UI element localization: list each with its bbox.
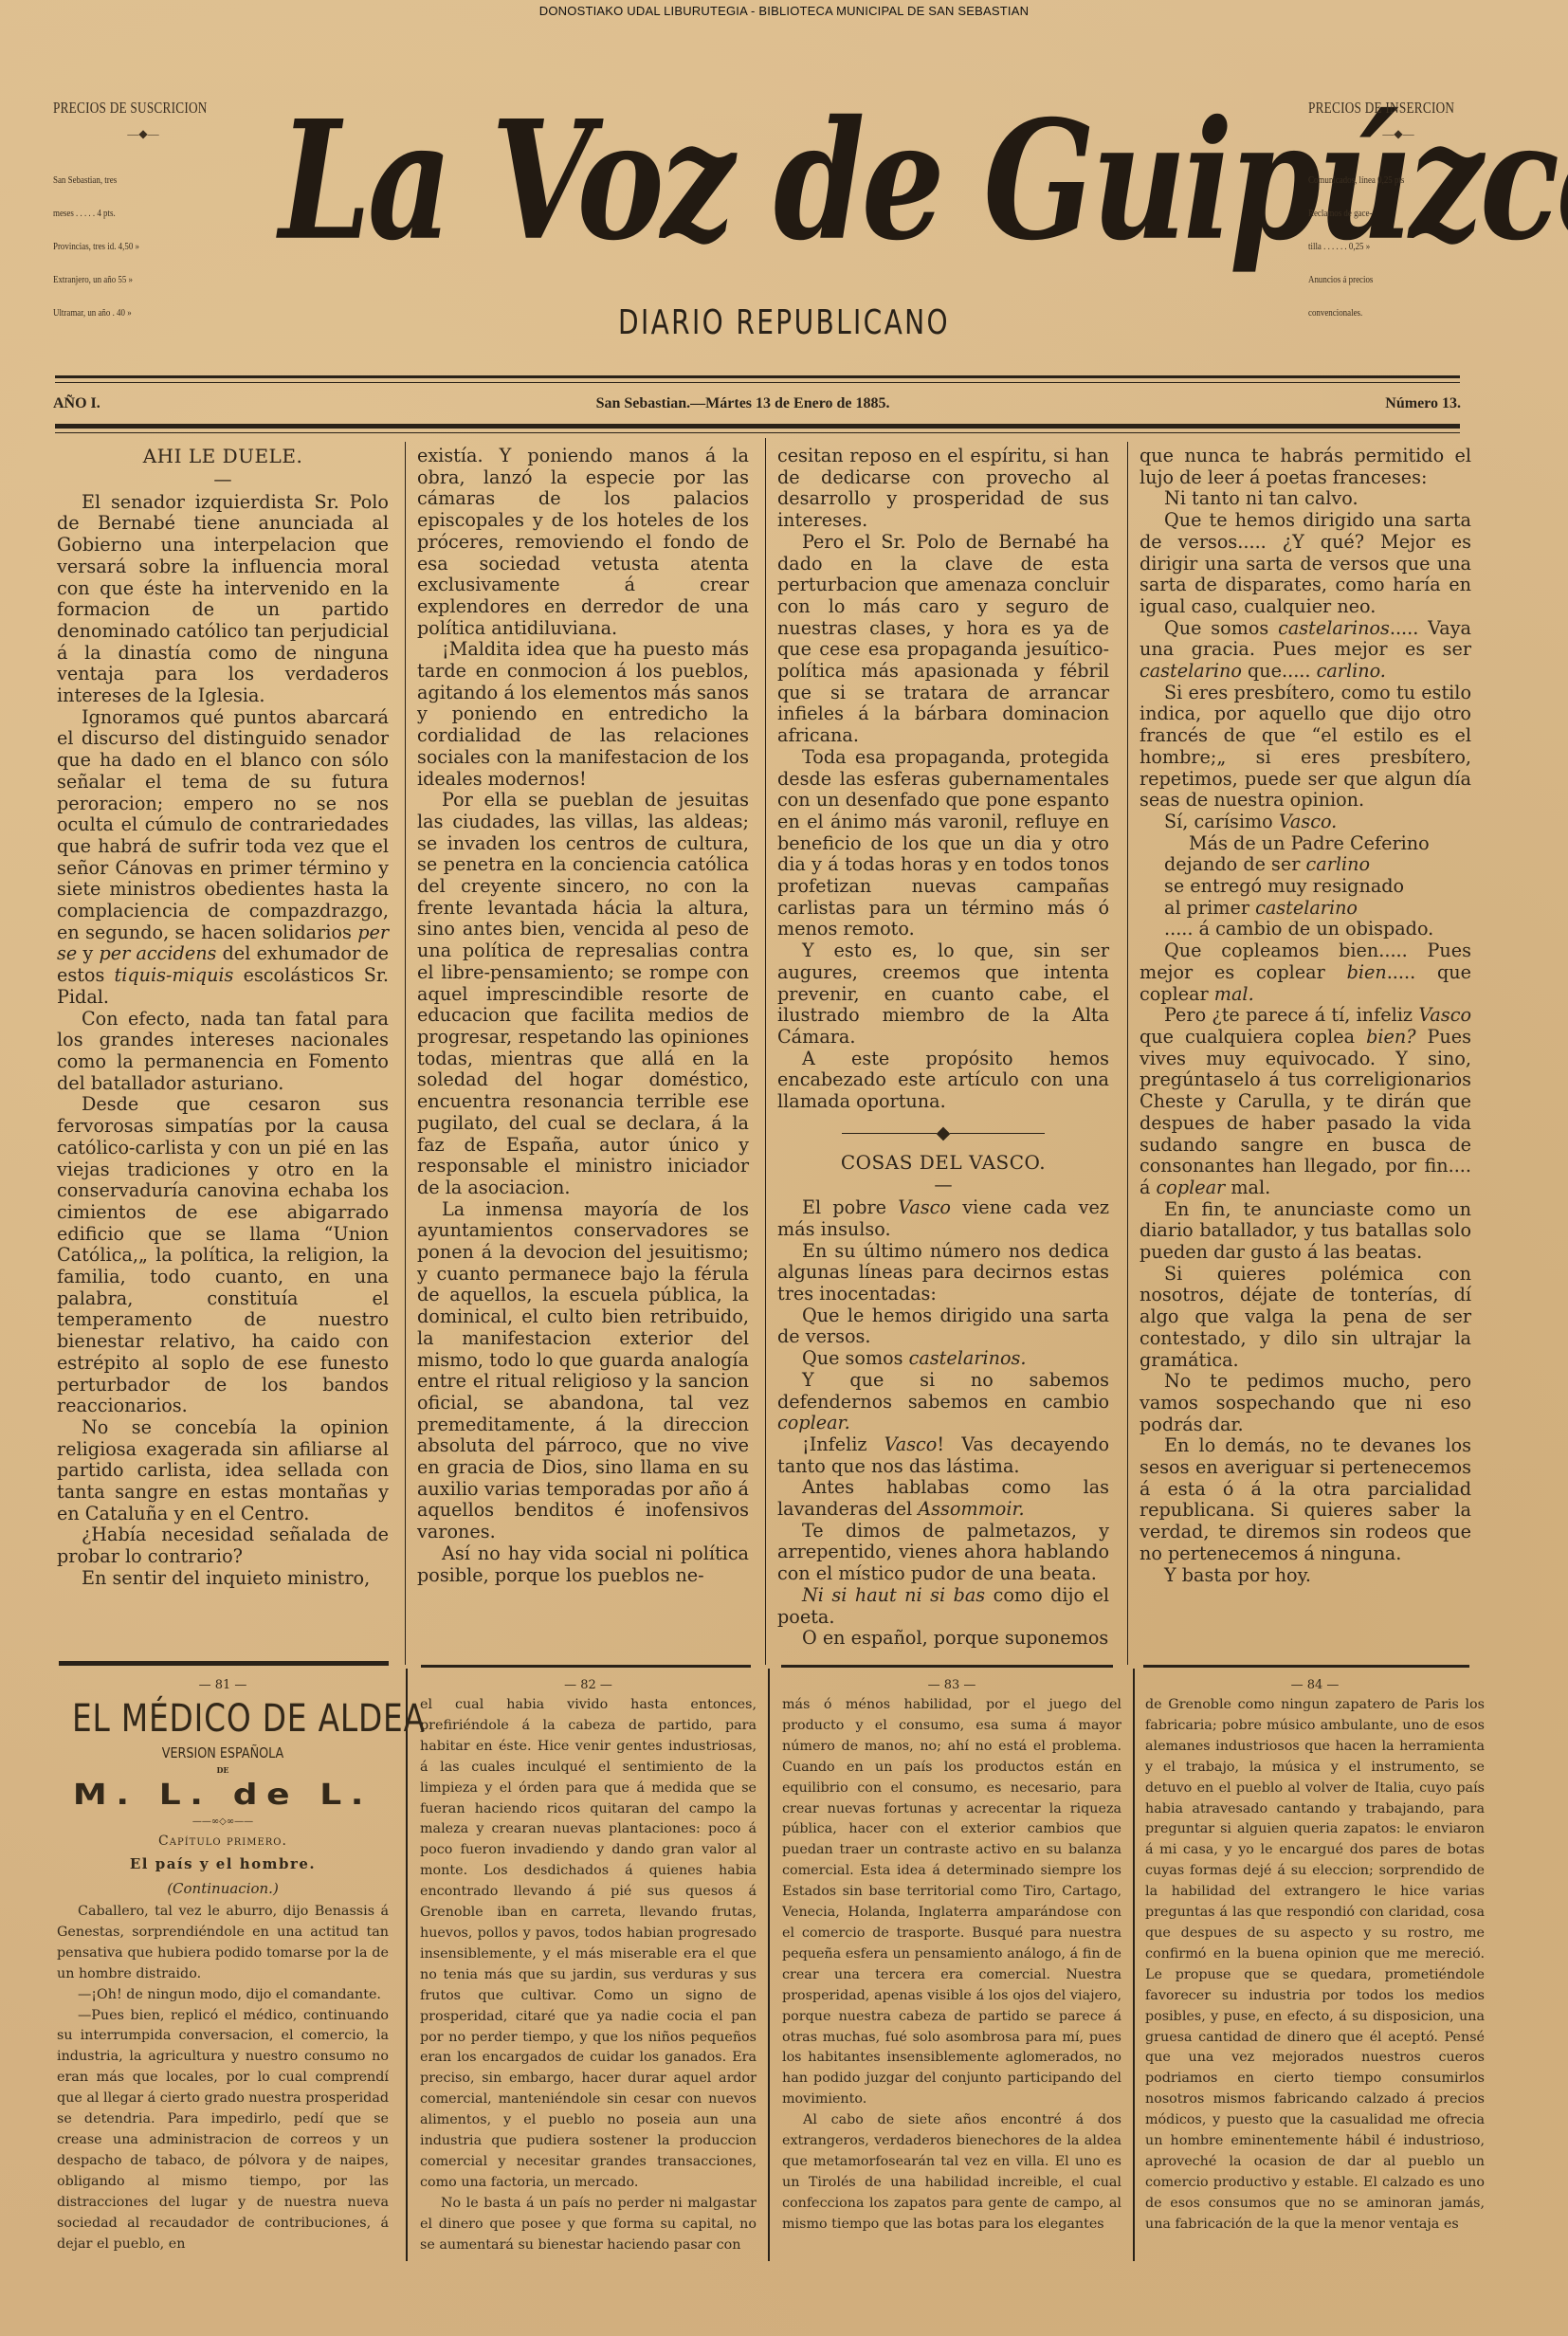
feuilleton-version: VERSION ESPAÑOLA bbox=[82, 1743, 364, 1763]
price-row: tilla . . . . . . 0,25 » bbox=[1308, 230, 1462, 264]
poem-line: dejando de ser carlino bbox=[1140, 854, 1471, 876]
paragraph: O en español, porque suponemos bbox=[777, 1628, 1109, 1650]
masthead-rule bbox=[55, 375, 1460, 378]
paragraph: ¡Infeliz Vasco! Vas decayendo tanto que … bbox=[777, 1434, 1109, 1477]
paragraph: más ó ménos habilidad, por el juego del … bbox=[782, 1695, 1121, 2110]
paragraph: Así no hay vida social ni política posib… bbox=[417, 1543, 749, 1586]
paragraph: Que te hemos dirigido una sarta de verso… bbox=[1140, 510, 1471, 618]
page-number: — 82 — bbox=[420, 1678, 757, 1693]
subscription-prices: PRECIOS DE SUSCRICION —◆— San Sebastian,… bbox=[53, 99, 233, 330]
article-column-2: existía. Y poniendo manos á la obra, lan… bbox=[417, 446, 749, 1586]
dateline: AÑO I. San Sebastian.—Mártes 13 de Enero… bbox=[53, 392, 1461, 415]
masthead-rule bbox=[55, 382, 1460, 383]
section-title: El país y el hombre. bbox=[57, 1852, 389, 1875]
column-divider bbox=[768, 1669, 770, 2261]
newspaper-subtitle: DIARIO REPUBLICANO bbox=[173, 303, 1395, 342]
article-column-3: cesitan reposo en el espíritu, si han de… bbox=[777, 446, 1109, 1650]
paragraph: Ni tanto ni tan calvo. bbox=[1140, 488, 1471, 510]
paragraph: Que somos castelarinos. bbox=[777, 1348, 1109, 1370]
feuilleton-author: M. L. de L. bbox=[24, 1777, 422, 1815]
paragraph: En fin, te anunciaste como un diario bat… bbox=[1140, 1199, 1471, 1264]
dateline-rule bbox=[55, 432, 1460, 433]
diamond-icon: ◆ bbox=[937, 1122, 951, 1143]
price-row: Extranjero, un año 55 » bbox=[53, 264, 207, 297]
paragraph: —¡Oh! de ningun modo, dijo el comandante… bbox=[57, 1985, 389, 2006]
paragraph: No se concebía la opinion religiosa exag… bbox=[57, 1417, 389, 1525]
paragraph: Al cabo de siete años encontré á dos ext… bbox=[782, 2110, 1121, 2235]
subscription-prices-title: PRECIOS DE SUSCRICION bbox=[53, 99, 193, 118]
column-divider bbox=[405, 442, 406, 1665]
column-divider bbox=[765, 438, 766, 1665]
page-number: — 83 — bbox=[782, 1678, 1121, 1693]
insertion-prices: PRECIOS DE INSERCION —◆— Comunicados, lí… bbox=[1308, 99, 1488, 330]
price-row: Provincias, tres id. 4,50 » bbox=[53, 230, 207, 264]
price-row: San Sebastian, tres bbox=[53, 164, 207, 197]
paragraph: En sentir del inquieto ministro, bbox=[57, 1568, 389, 1590]
library-banner: DONOSTIAKO UDAL LIBURUTEGIA - BIBLIOTECA… bbox=[0, 4, 1568, 18]
article-title: AHI LE DUELE. bbox=[57, 446, 389, 467]
paragraph: —Pues bien, replicó el médico, continuan… bbox=[57, 2006, 389, 2255]
ornament-icon: —◆— bbox=[53, 127, 233, 141]
paragraph: Y basta por hoy. bbox=[1140, 1565, 1471, 1587]
paragraph: Sí, carísimo Vasco. bbox=[1140, 812, 1471, 833]
feuilleton-de: DE bbox=[57, 1763, 389, 1777]
paragraph: Con efecto, nada tan fatal para los gran… bbox=[57, 1009, 389, 1095]
paragraph: Y esto es, lo que, sin ser augures, cree… bbox=[777, 940, 1109, 1049]
paragraph: El pobre Vasco viene cada vez más insuls… bbox=[777, 1197, 1109, 1240]
paragraph: El senador izquierdista Sr. Polo de Bern… bbox=[57, 492, 389, 707]
paragraph: existía. Y poniendo manos á la obra, lan… bbox=[417, 446, 749, 639]
page-number: — 81 — bbox=[57, 1678, 389, 1693]
feuilleton-rule bbox=[59, 1661, 389, 1666]
paragraph: que nunca te habrás permitido el lujo de… bbox=[1140, 446, 1471, 488]
page-number: — 84 — bbox=[1145, 1678, 1485, 1693]
feuilleton-column-3: — 83 — más ó ménos habilidad, por el jue… bbox=[782, 1678, 1121, 2236]
paragraph: Si quieres polémica con nosotros, déjate… bbox=[1140, 1264, 1471, 1372]
article-column-1: AHI LE DUELE. — El senador izquierdista … bbox=[57, 446, 389, 1590]
price-row: meses . . . . . 4 pts. bbox=[53, 197, 207, 230]
chapter-title: Capítulo primero. bbox=[57, 1830, 389, 1852]
article-separator: ◆ bbox=[777, 1122, 1109, 1144]
paragraph: La inmensa mayoría de los ayuntamientos … bbox=[417, 1199, 749, 1543]
price-row: Reclamos de gace- bbox=[1308, 197, 1462, 230]
price-row: Anuncios á precios bbox=[1308, 264, 1462, 297]
paragraph: No le basta á un país no perder ni malga… bbox=[420, 2194, 757, 2256]
dateline-rule bbox=[55, 424, 1460, 429]
newspaper-title: La Voz de Guipúzcoa bbox=[279, 45, 1247, 318]
paragraph: cesitan reposo en el espíritu, si han de… bbox=[777, 446, 1109, 532]
paragraph: Si eres presbítero, como tu estilo indic… bbox=[1140, 683, 1471, 812]
paragraph: Que copleamos bien..... Pues mejor es co… bbox=[1140, 940, 1471, 1005]
paragraph: No te pedimos mucho, pero vamos sospecha… bbox=[1140, 1371, 1471, 1435]
feuilleton-title: EL MÉDICO DE ALDEA bbox=[72, 1695, 383, 1743]
paragraph: ¿Había necesidad señalada de probar lo c… bbox=[57, 1524, 389, 1567]
paragraph: Que somos castelarinos..... Vaya una gra… bbox=[1140, 618, 1471, 683]
paragraph: Toda esa propaganda, protegida desde las… bbox=[777, 747, 1109, 940]
paragraph: Te dimos de palmetazos, y arrepentido, v… bbox=[777, 1521, 1109, 1585]
year-label: AÑO I. bbox=[53, 395, 100, 412]
poem-line: Más de un Padre Ceferino bbox=[1140, 833, 1471, 855]
issue-number: Número 13. bbox=[1385, 395, 1461, 412]
paragraph: Ignoramos qué puntos abarcará el discurs… bbox=[57, 707, 389, 1009]
poem-line: al primer castelarino bbox=[1140, 898, 1471, 920]
paragraph: ¡Maldita idea que ha puesto más tarde en… bbox=[417, 639, 749, 790]
feuilleton-rule bbox=[781, 1665, 1113, 1668]
article-title: COSAS DEL VASCO. bbox=[777, 1152, 1109, 1174]
paragraph: En lo demás, no te devanes los sesos en … bbox=[1140, 1435, 1471, 1564]
poem-line: se entregó muy resignado bbox=[1140, 876, 1471, 898]
column-divider bbox=[1133, 1669, 1135, 2261]
column-divider bbox=[1127, 442, 1128, 1665]
place-date: San Sebastian.—Mártes 13 de Enero de 188… bbox=[596, 395, 890, 412]
price-row: convencionales. bbox=[1308, 297, 1462, 330]
paragraph: Y que si no sabemos defendernos sabemos … bbox=[777, 1370, 1109, 1434]
ornament-icon: —◆— bbox=[1308, 127, 1488, 141]
title-dash: — bbox=[57, 471, 389, 488]
paragraph: de Grenoble como ningun zapatero de Pari… bbox=[1145, 1695, 1485, 2236]
paragraph: Que le hemos dirigido una sarta de verso… bbox=[777, 1305, 1109, 1348]
paragraph: En su último número nos dedica algunas l… bbox=[777, 1241, 1109, 1305]
ornament-icon: ——∞◇∞—— bbox=[57, 1815, 389, 1830]
paragraph: Por ella se pueblan de jesuitas las ciud… bbox=[417, 790, 749, 1198]
column-divider bbox=[406, 1669, 408, 2261]
paragraph: A este propósito hemos encabezado este a… bbox=[777, 1049, 1109, 1113]
feuilleton-rule bbox=[1143, 1665, 1469, 1668]
feuilleton-column-2: — 82 — el cual habia vivido hasta entonc… bbox=[420, 1678, 757, 2255]
paragraph: Antes hablabas como las lavanderas del A… bbox=[777, 1477, 1109, 1520]
price-row: Comunicados, línea 0,25 pts bbox=[1308, 164, 1462, 197]
paragraph: Caballero, tal vez le aburro, dijo Benas… bbox=[57, 1902, 389, 1985]
continuation-note: (Continuacion.) bbox=[57, 1875, 389, 1902]
poem-line: ..... á cambio de un obispado. bbox=[1140, 919, 1471, 940]
paragraph: Desde que cesaron sus fervorosas simpatí… bbox=[57, 1094, 389, 1417]
feuilleton-column-1: — 81 — EL MÉDICO DE ALDEA VERSION ESPAÑO… bbox=[57, 1678, 389, 2254]
paragraph: el cual habia vivido hasta entonces, pre… bbox=[420, 1695, 757, 2194]
paragraph: Pero el Sr. Polo de Bernabé ha dado en l… bbox=[777, 532, 1109, 747]
title-dash: — bbox=[777, 1177, 1109, 1194]
article-column-4: que nunca te habrás permitido el lujo de… bbox=[1140, 446, 1471, 1586]
paragraph: Pero ¿te parece á tí, infeliz Vasco que … bbox=[1140, 1005, 1471, 1198]
paragraph: Ni si haut ni si bas como dijo el poeta. bbox=[777, 1585, 1109, 1628]
insertion-prices-title: PRECIOS DE INSERCION bbox=[1308, 99, 1449, 118]
feuilleton-rule bbox=[421, 1665, 751, 1668]
feuilleton-column-4: — 84 — de Grenoble como ningun zapatero … bbox=[1145, 1678, 1485, 2236]
